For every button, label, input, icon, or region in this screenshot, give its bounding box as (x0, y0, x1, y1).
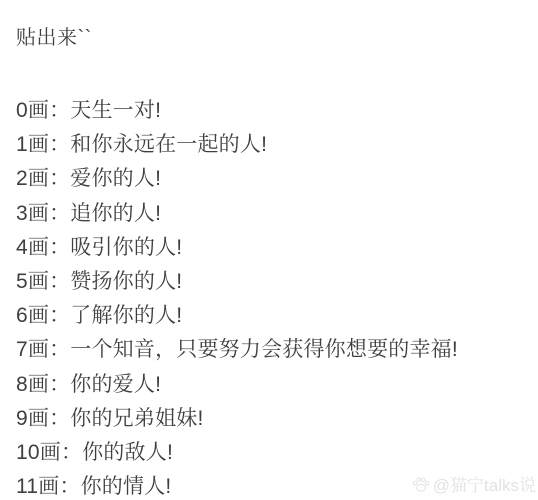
list-item: 1画：和你永远在一起的人! (16, 128, 522, 162)
list-item: 2画：爱你的人! (16, 162, 522, 196)
list-item: 5画：赞扬你的人! (16, 265, 522, 299)
stroke-count-list: 0画：天生一对!1画：和你永远在一起的人!2画：爱你的人!3画：追你的人!4画：… (16, 94, 522, 500)
watermark-text: @猫宁talks说 (433, 471, 536, 496)
post-title: 贴出来`` (16, 27, 522, 50)
list-item: 0画：天生一对! (16, 94, 522, 128)
post-body: 贴出来`` 0画：天生一对!1画：和你永远在一起的人!2画：爱你的人!3画：追你… (0, 0, 538, 500)
list-item: 6画：了解你的人! (16, 299, 522, 333)
list-item: 7画：一个知音，只要努力会获得你想要的幸福! (16, 333, 522, 367)
list-item: 8画：你的爱人! (16, 368, 522, 402)
list-item: 9画：你的兄弟姐妹! (16, 402, 522, 436)
list-item: 10画：你的敌人! (16, 436, 522, 470)
watermark: @猫宁talks说 (411, 471, 536, 496)
paw-icon (411, 474, 431, 494)
list-item: 4画：吸引你的人! (16, 231, 522, 265)
list-item: 3画：追你的人! (16, 197, 522, 231)
